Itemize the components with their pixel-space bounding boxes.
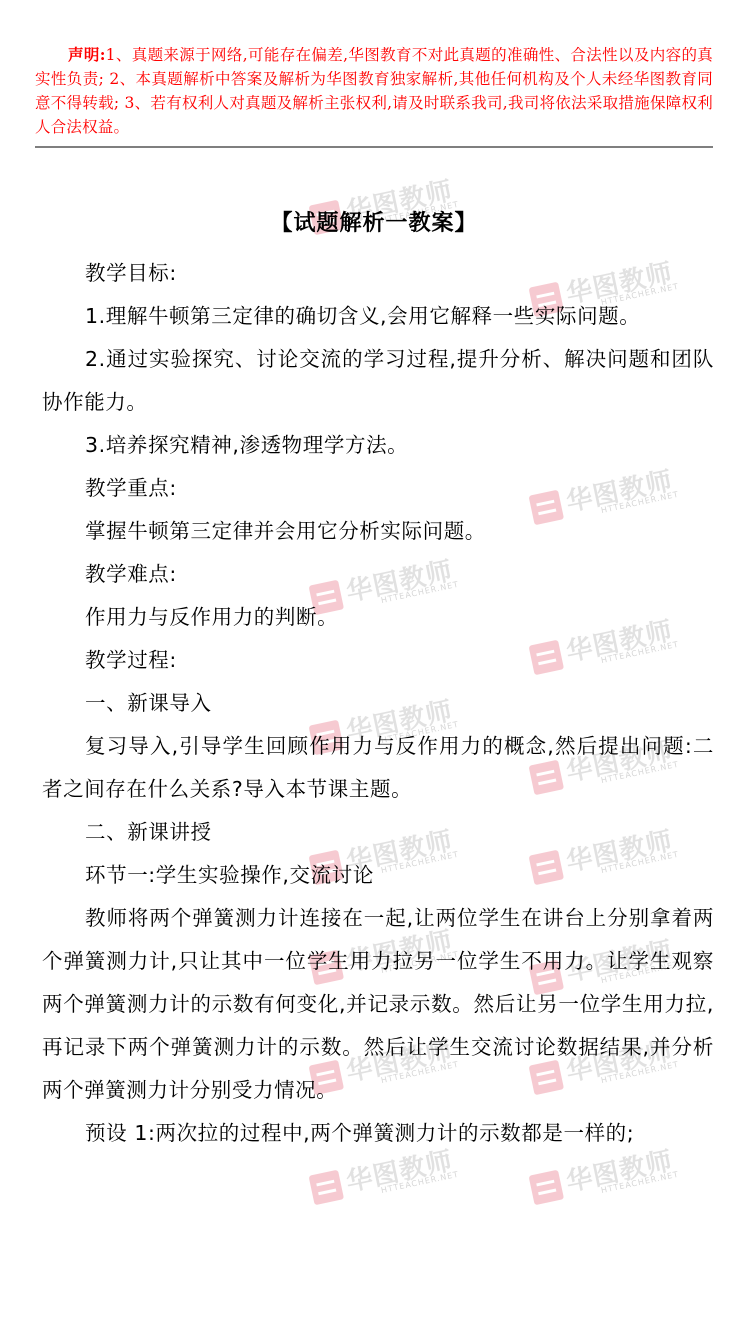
watermark-site-text: HTTEACHER.NET [380, 1170, 460, 1195]
watermark-logo-icon [309, 1170, 345, 1206]
introduction-text: 复习导入,引导学生回顾作用力与反作用力的概念,然后提出问题:二者之间存在什么关系… [42, 725, 714, 811]
disclaimer: 声明:1、真题来源于网络,可能存在偏差,华图教育不对此真题的准确性、合法性以及内… [35, 43, 713, 139]
difficulty-text: 作用力与反作用力的判断。 [42, 596, 714, 639]
subsection-new-lesson: 二、新课讲授 [42, 811, 714, 854]
header-divider [35, 146, 713, 148]
disclaimer-label: 声明: [68, 45, 106, 64]
watermark-site-text: HTTEACHER.NET [600, 1170, 680, 1195]
step-one-heading: 环节一:学生实验操作,交流讨论 [42, 854, 714, 897]
objective-3: 3.培养探究精神,渗透物理学方法。 [42, 424, 714, 467]
key-point-text: 掌握牛顿第三定律并会用它分析实际问题。 [42, 510, 714, 553]
hypothesis-1: 预设 1:两次拉的过程中,两个弹簧测力计的示数都是一样的; [42, 1112, 714, 1155]
section-heading-objectives: 教学目标: [42, 252, 714, 295]
section-heading-difficulties: 教学难点: [42, 553, 714, 596]
objective-2: 2.通过实验探究、讨论交流的学习过程,提升分析、解决问题和团队协作能力。 [42, 338, 714, 424]
section-heading-process: 教学过程: [42, 639, 714, 682]
document-title: 【试题解析一教案】 [0, 206, 748, 237]
watermark-logo-icon [529, 1170, 565, 1206]
section-heading-key-points: 教学重点: [42, 467, 714, 510]
document-body: 教学目标: 1.理解牛顿第三定律的确切含义,会用它解释一些实际问题。 2.通过实… [42, 252, 714, 1155]
objective-1: 1.理解牛顿第三定律的确切含义,会用它解释一些实际问题。 [42, 295, 714, 338]
experiment-description: 教师将两个弹簧测力计连接在一起,让两位学生在讲台上分别拿着两个弹簧测力计,只让其… [42, 897, 714, 1112]
disclaimer-text: 1、真题来源于网络,可能存在偏差,华图教育不对此真题的准确性、合法性以及内容的真… [35, 46, 713, 136]
subsection-introduction: 一、新课导入 [42, 682, 714, 725]
